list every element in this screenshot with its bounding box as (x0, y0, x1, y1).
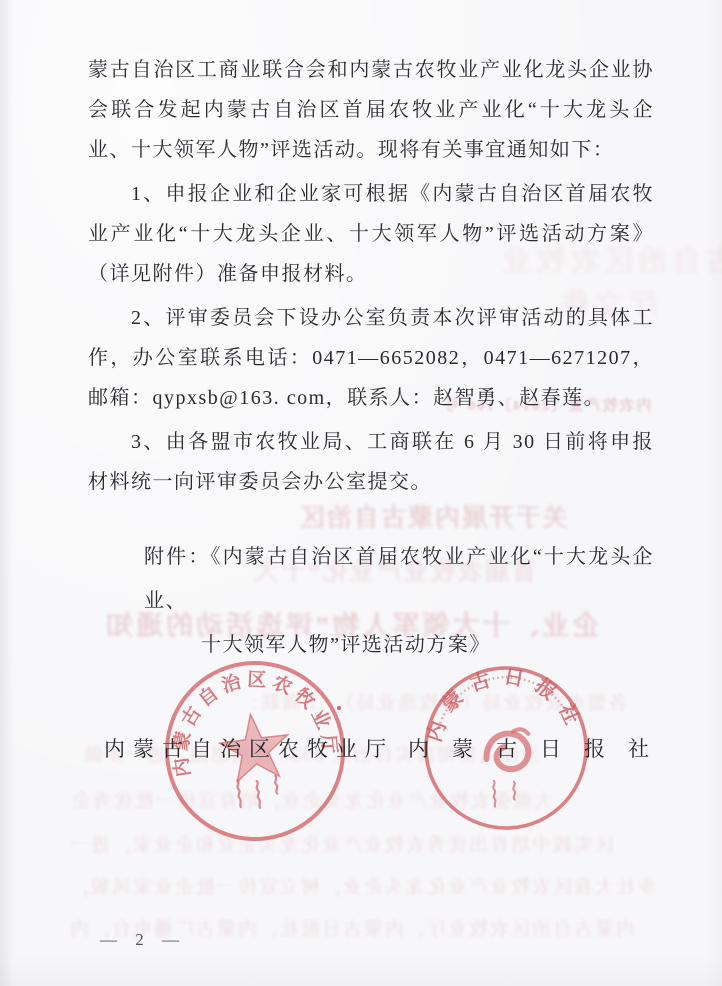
mongolian-script-icon (493, 780, 516, 807)
attachment-reference-line1: 附件：《内蒙古自治区首届农牧业产业化“十大龙头企业、 (88, 535, 654, 623)
page-number: — 2 — (100, 930, 186, 950)
gray-dust-speck (266, 186, 269, 189)
paragraph-item-3: 3、由各盟市农牧业局、工商联在 6 月 30 日前将申报材料统一向评审委员会办公… (88, 422, 654, 502)
scanned-document-page: 内农牧产发〔2014〕166 号 古自治区农牧业 厅文件 关于开展内蒙古自治区 … (0, 0, 722, 986)
mongolian-script-icon (237, 776, 280, 811)
paragraph-continuation: 蒙古自治区工商业联合会和内蒙古农牧业产业化龙头企业协会联合发起内蒙古自治区首届农… (88, 50, 654, 170)
attachment-reference-line2: 十大领军人物”评选活动方案》 (88, 623, 654, 667)
paragraph-item-2: 2、评审委员会下设办公室负责本次评审活动的具体工作，办公室联系电话：0471—6… (88, 298, 654, 418)
ghost-body-line: 步壮大我区农牧业产业化龙头企业，树立宣传一批企业家风貌， (68, 872, 656, 899)
signature-row: 内蒙古自治区农牧业厅 内蒙古日报社 (104, 733, 672, 763)
signature-agriculture-dept: 内蒙古自治区农牧业厅 (104, 733, 394, 763)
signature-daily-news: 内蒙古日报社 (408, 733, 672, 763)
red-ink-speck (337, 706, 341, 710)
document-body: 蒙古自治区工商业联合会和内蒙古农牧业产业化龙头企业协会联合发起内蒙古自治区首届农… (88, 50, 654, 667)
paragraph-item-1: 1、申报企业和企业家可根据《内蒙古自治区首届农牧业产业化“十大龙头企业、十大领军… (88, 174, 654, 294)
